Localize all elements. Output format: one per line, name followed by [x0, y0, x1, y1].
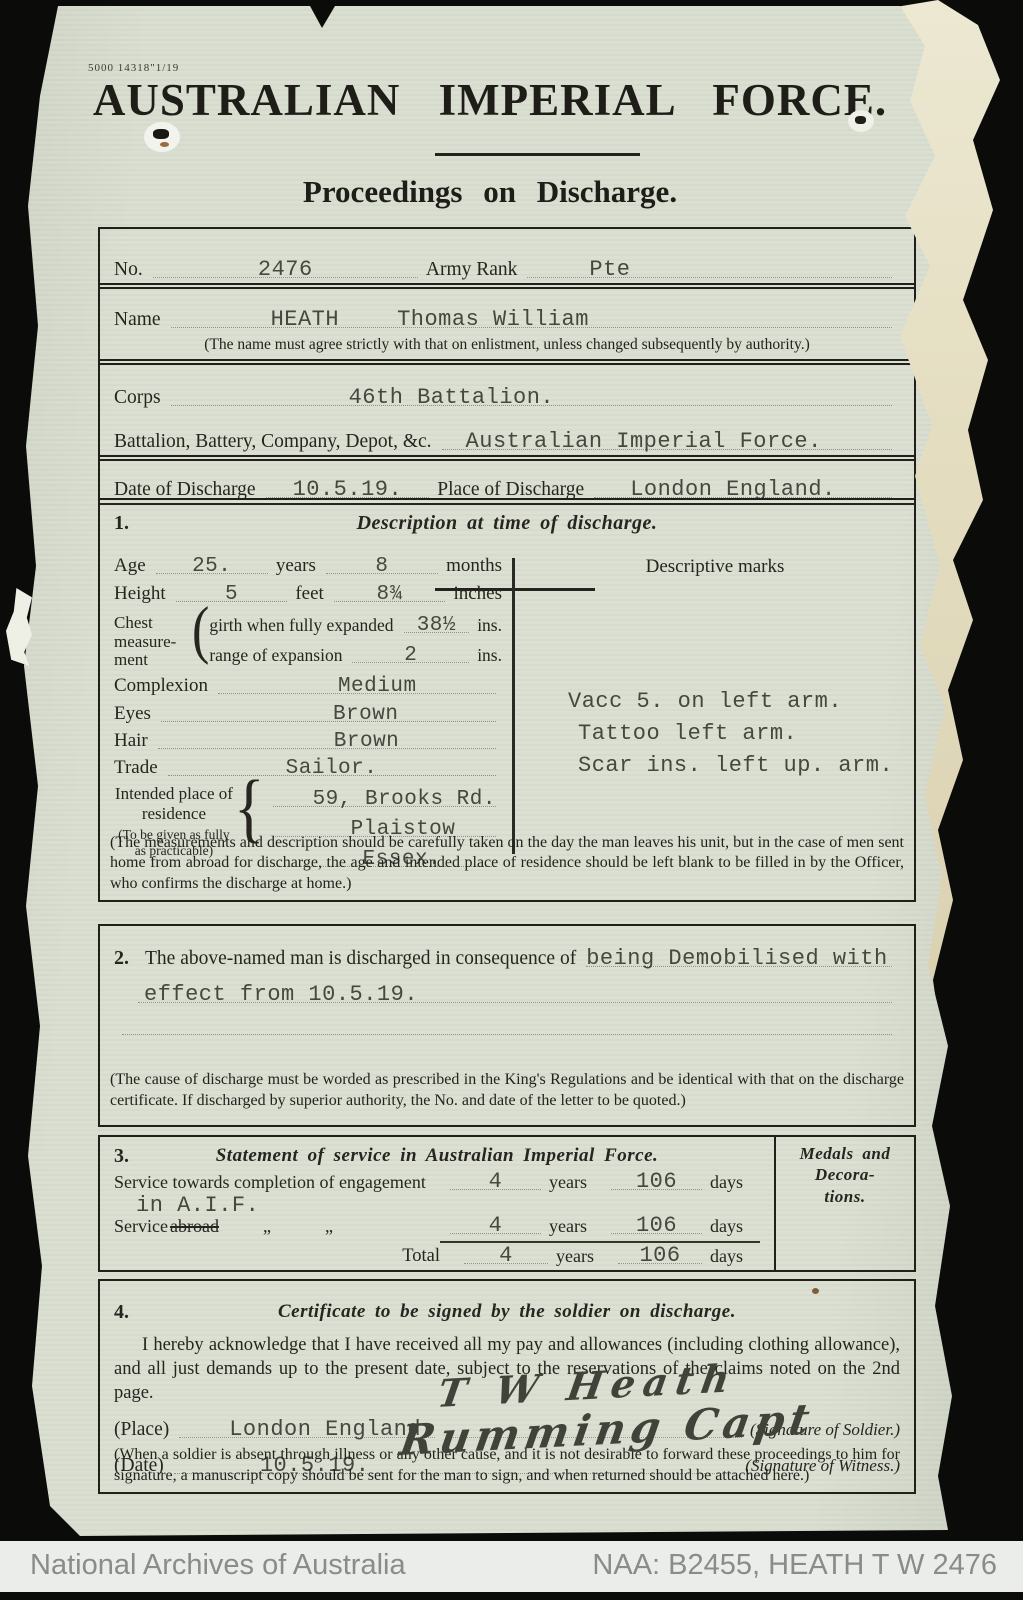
- no-field: 2476: [153, 255, 418, 278]
- row2-years: 4: [489, 1215, 503, 1237]
- years-label: years: [549, 1172, 603, 1195]
- corps-label: Corps: [114, 387, 163, 411]
- hair-label: Hair: [114, 730, 150, 754]
- chest-label-3: ment: [114, 651, 192, 670]
- girth-value: 38½: [417, 615, 456, 636]
- chest-label: Chest measure- ment: [114, 610, 192, 670]
- no-value: 2476: [258, 259, 313, 281]
- total-years-field: 4: [464, 1241, 548, 1264]
- name-label: Name: [114, 309, 163, 333]
- expansion-unit: ins.: [477, 645, 504, 668]
- section1-box: 1. Description at time of discharge. Age…: [98, 498, 916, 902]
- archive-name: National Archives of Australia: [30, 1549, 406, 1582]
- section3-heading: Statement of service in Australian Imper…: [100, 1137, 774, 1167]
- marks-text: Vacc 5. on left arm. Tattoo left arm. Sc…: [568, 686, 893, 782]
- age-row: Age 25. years 8 months: [114, 552, 504, 579]
- age-months-field: 8: [326, 552, 438, 574]
- total-label: Total: [402, 1246, 442, 1269]
- unit-value: Australian Imperial Force.: [466, 431, 822, 453]
- no-label: No.: [114, 259, 145, 283]
- service-row2-struck: abroad: [170, 1216, 221, 1239]
- row1-years: 4: [489, 1171, 503, 1193]
- corps-value: 46th Battalion.: [349, 387, 555, 409]
- ditto-mark-2: „: [325, 1216, 335, 1239]
- service-row1-sub: in A.I.F.: [136, 1195, 774, 1213]
- section3-number: 3.: [114, 1145, 129, 1168]
- age-label: Age: [114, 555, 148, 579]
- place-label: (Place): [114, 1419, 171, 1443]
- marks-line-1: Vacc 5. on left arm.: [568, 686, 893, 718]
- service-row1-label: Service towards completion of engagement: [114, 1172, 428, 1195]
- section3-box: Medals and Decora- tions. 3. Statement o…: [98, 1135, 916, 1272]
- punch-hole-left-spot: [160, 142, 169, 147]
- total-days-field: 106: [618, 1241, 702, 1264]
- total-row: Total 4 years 106 days: [100, 1243, 774, 1269]
- section2-line1: 2. The above-named man is discharged in …: [100, 926, 914, 972]
- days-label: days: [710, 1172, 762, 1195]
- height-row: Height 5 feet 8¾ inches: [114, 580, 504, 607]
- form-print-code: 5000 14318"1/19: [88, 62, 179, 74]
- section1-footnote: (The measurements and description should…: [110, 833, 904, 894]
- chest-label-1: Chest: [114, 614, 192, 633]
- height-label: Height: [114, 583, 168, 607]
- section2-field3: [122, 1024, 892, 1035]
- section2-box: 2. The above-named man is discharged in …: [98, 924, 916, 1127]
- residence-line1: 59, Brooks Rd.: [313, 789, 496, 810]
- punch-hole-right-dark: [855, 116, 866, 124]
- row-corps: Corps 46th Battalion.: [100, 365, 914, 411]
- marks-label: Descriptive marks: [520, 556, 910, 578]
- section2-number: 2.: [114, 947, 145, 972]
- chest-block: Chest measure- ment ( girth when fully e…: [114, 610, 504, 670]
- section2-value2: effect from 10.5.19.: [144, 984, 418, 1006]
- medals-column: Medals and Decora- tions.: [774, 1137, 914, 1270]
- section4-heading: Certificate to be signed by the soldier …: [100, 1281, 914, 1323]
- punch-hole-left-dark: [153, 129, 169, 139]
- row-name-wrap: Name HEATH Thomas William (The name must…: [100, 289, 914, 359]
- row2-years-field: 4: [450, 1211, 541, 1234]
- section2-value1: being Demobilised with: [586, 948, 887, 970]
- trade-label: Trade: [114, 757, 160, 781]
- eyes-value: Brown: [333, 704, 399, 725]
- months-label: months: [446, 555, 504, 579]
- row-name: Name HEATH Thomas William: [100, 297, 914, 333]
- complexion-row: Complexion Medium: [114, 672, 504, 699]
- marks-line-2: Tattoo left arm.: [578, 718, 893, 750]
- marks-line-3: Scar ins. left up. arm.: [578, 750, 893, 782]
- chest-label-2: measure-: [114, 633, 192, 652]
- hair-field: Brown: [158, 727, 496, 749]
- medals-label-2: tions.: [776, 1186, 914, 1207]
- discharge-date-field: 10.5.19.: [266, 475, 430, 498]
- given-names-value: Thomas William: [397, 309, 589, 331]
- document-subtitle: Proceedings on Discharge.: [80, 174, 900, 210]
- complexion-label: Complexion: [114, 675, 210, 699]
- title-rule: [435, 153, 640, 156]
- trade-field: Sailor.: [168, 754, 496, 776]
- section1-heading: Description at time of discharge.: [100, 512, 914, 535]
- surname-value: HEATH: [271, 309, 340, 331]
- complexion-value: Medium: [338, 676, 417, 697]
- unit-field: Australian Imperial Force.: [442, 427, 892, 450]
- section2-field2: effect from 10.5.19.: [138, 980, 892, 1003]
- row1-days: 106: [636, 1171, 677, 1193]
- section4-number: 4.: [114, 1301, 129, 1324]
- trade-row: Trade Sailor.: [114, 754, 504, 781]
- eyes-field: Brown: [161, 700, 496, 722]
- name-field: HEATH Thomas William: [171, 305, 892, 328]
- expansion-field: 2: [352, 641, 469, 663]
- service-row-1: Service towards completion of engagement…: [100, 1169, 774, 1195]
- days-label: days: [710, 1216, 762, 1239]
- hair-value: Brown: [334, 731, 400, 752]
- row2-days: 106: [636, 1215, 677, 1237]
- archive-reference: NAA: B2455, HEATH T W 2476: [592, 1549, 997, 1582]
- scanned-document-page: 5000 14318"1/19 AUSTRALIAN IMPERIAL FORC…: [20, 6, 962, 1536]
- section2-lead: The above-named man is discharged in con…: [145, 948, 578, 972]
- height-inches-field: 8¾: [334, 580, 446, 602]
- girth-unit: ins.: [477, 615, 504, 638]
- section2-footnote: (The cause of discharge must be worded a…: [110, 1070, 904, 1111]
- discharge-place-field: London England.: [594, 475, 892, 498]
- height-inches-value: 8¾: [377, 584, 403, 605]
- corps-field: 46th Battalion.: [171, 383, 892, 406]
- age-years-value: 25.: [192, 556, 231, 577]
- row-number-rank: No. 2476 Army Rank Pte: [100, 229, 914, 283]
- hair-row: Hair Brown: [114, 727, 504, 754]
- section2-field1: being Demobilised with: [586, 944, 892, 967]
- row-unit: Battalion, Battery, Company, Depot, &c. …: [100, 411, 914, 455]
- unit-label: Battalion, Battery, Company, Depot, &c.: [114, 431, 434, 455]
- column-divider: [512, 558, 515, 854]
- chest-brace: (: [192, 602, 209, 677]
- section2-empty-line: [100, 1008, 914, 1040]
- girth-field: 38½: [404, 611, 470, 633]
- age-months-value: 8: [375, 556, 388, 577]
- total-days: 106: [639, 1245, 680, 1267]
- archive-footer-bar: National Archives of Australia NAA: B245…: [0, 1541, 1023, 1592]
- complexion-field: Medium: [218, 672, 496, 694]
- rank-value: Pte: [589, 259, 630, 281]
- days-label: days: [710, 1246, 762, 1269]
- inches-label: inches: [453, 583, 504, 607]
- ditto-mark-1: „: [263, 1216, 273, 1239]
- eyes-row: Eyes Brown: [114, 700, 504, 727]
- residence-line1-field: 59, Brooks Rd.: [273, 782, 496, 807]
- name-note: (The name must agree strictly with that …: [100, 333, 914, 359]
- row1-days-field: 106: [611, 1167, 702, 1190]
- row2-days-field: 106: [611, 1211, 702, 1234]
- expansion-label: range of expansion: [209, 645, 344, 668]
- eyes-label: Eyes: [114, 703, 153, 727]
- row1-years-field: 4: [450, 1167, 541, 1190]
- height-feet-value: 5: [225, 584, 238, 605]
- document-title: AUSTRALIAN IMPERIAL FORCE.: [80, 74, 900, 126]
- header-box: No. 2476 Army Rank Pte Name HEATH Thomas…: [98, 227, 916, 505]
- section4-box: 4. Certificate to be signed by the soldi…: [98, 1279, 916, 1494]
- total-years: 4: [499, 1245, 513, 1267]
- row-discharge: Date of Discharge 10.5.19. Place of Disc…: [100, 461, 914, 503]
- years-label: years: [556, 1246, 610, 1269]
- years-label: years: [549, 1216, 603, 1239]
- service-row2-label: Service: [114, 1216, 170, 1239]
- rank-field: Pte: [527, 255, 892, 278]
- section2-line2: effect from 10.5.19.: [100, 972, 914, 1008]
- years-label: years: [276, 555, 318, 579]
- place-field: London England.: [179, 1415, 435, 1438]
- residence-label-2: residence: [114, 804, 234, 824]
- trade-value: Sailor.: [286, 758, 378, 779]
- residence-label-1: Intended place of: [114, 784, 234, 804]
- girth-label: girth when fully expanded: [209, 615, 395, 638]
- age-years-field: 25.: [156, 552, 268, 574]
- expansion-value: 2: [404, 645, 417, 666]
- feet-label: feet: [295, 583, 325, 607]
- medals-label-1: Medals and Decora-: [776, 1143, 914, 1186]
- rank-label: Army Rank: [426, 259, 520, 283]
